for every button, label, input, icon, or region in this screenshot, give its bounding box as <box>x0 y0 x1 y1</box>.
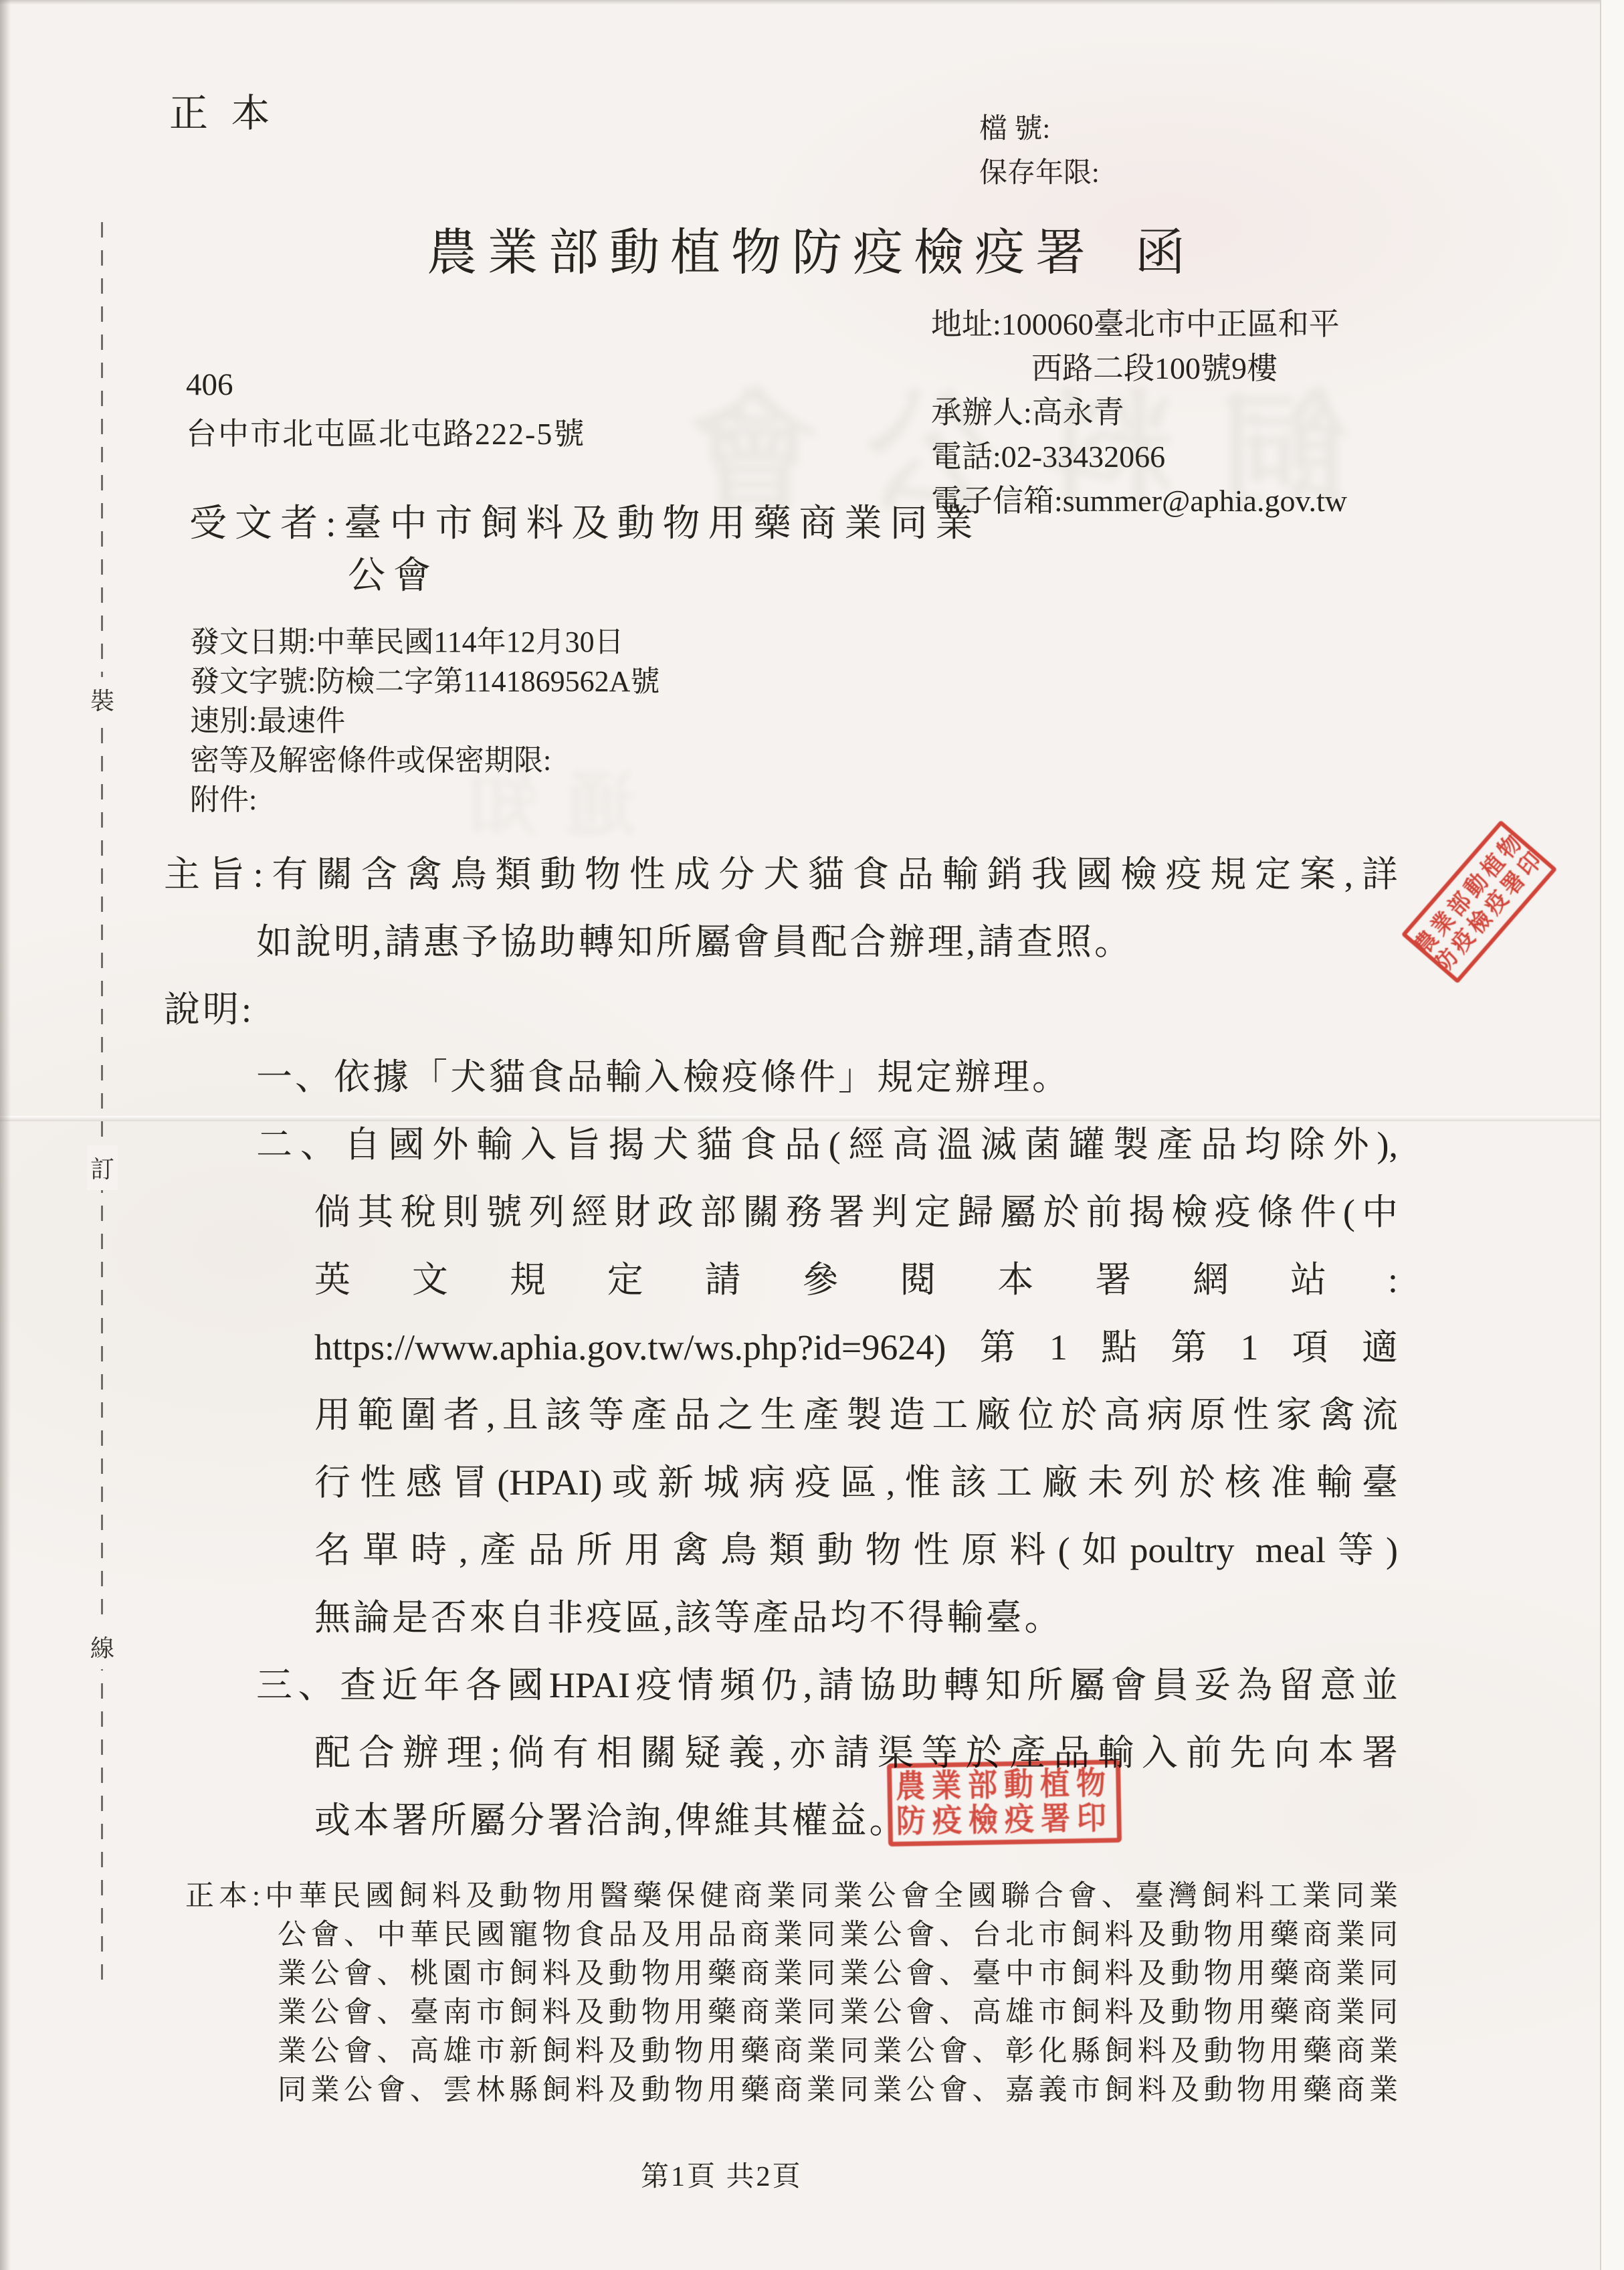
scan-edge-right-strip <box>1600 0 1624 2270</box>
cc-line: 公會、中華民國寵物食品及用品商業同業公會、台北市飼料及動物用藥商業同 <box>278 1916 1398 1955</box>
document-meta-block: 發文日期:中華民國114年12月30日發文字號:防檢二字第1141869562A… <box>190 622 659 820</box>
meta-line: 速別:最速件 <box>190 701 659 741</box>
agency-contact-line: 地址:100060臺北市中正區和平 <box>931 302 1347 347</box>
cc-line: 業公會、桃園市飼料及動物用藥商業同業公會、臺中市飼料及動物用藥商業同 <box>278 1955 1398 1994</box>
official-seal-corner-stamp: 農業部動植物防疫檢疫署印 <box>1401 820 1557 984</box>
body-text-line: 二、自國外輸入旨揭犬貓食品(經高溫滅菌罐製產品均除外), <box>256 1111 1398 1179</box>
binding-mark-xian: 線 <box>87 1624 118 1669</box>
cc-line: 業公會、臺南市飼料及動物用藥商業同業公會、高雄市飼料及動物用藥商業同 <box>278 1994 1398 2032</box>
cc-line: 正本:中華民國飼料及動物用醫藥保健商業同業公會全國聯合會、臺灣飼料工業同業 <box>185 1877 1398 1916</box>
cc-line: 業公會、高雄市新飼料及動物用藥商業同業公會、彰化縣飼料及動物用藥商業 <box>278 2032 1398 2071</box>
meta-line: 發文日期:中華民國114年12月30日 <box>190 622 659 662</box>
copy-type-label: 正 本 <box>169 82 277 138</box>
agency-contact-block: 地址:100060臺北市中正區和平西路二段100號9樓承辦人:高永青電話:02-… <box>931 302 1347 523</box>
body-text-line: 用範圍者,且該等產品之生產製造工廠位於高病原性家禽流 <box>314 1382 1398 1449</box>
meta-line: 附件: <box>190 780 659 820</box>
meta-line: 發文字號:防檢二字第1141869562A號 <box>190 662 659 701</box>
body-text-line: 名單時,產品所用禽鳥類動物性原料(如poultry meal等) <box>314 1517 1398 1584</box>
recipient-street-address: 台中市北屯區北屯路222-5號 <box>186 409 585 454</box>
agency-contact-line: 承辦人:高永青 <box>931 391 1347 435</box>
scanned-official-letter-page: 飼料公會 通知 裝 訂 線 正 本 檔 號:保存年限: 農業部動植物防疫檢疫署函… <box>0 0 1624 2270</box>
body-text-line: 倘其稅則號列經財政部關務署判定歸屬於前揭檢疫條件(中 <box>314 1179 1398 1246</box>
file-number-line: 保存年限: <box>979 151 1100 195</box>
subject-body-block: 主旨:有關含禽鳥類動物性成分犬貓食品輸銷我國檢疫規定案,詳如說明,請惠予協助轉知… <box>164 841 1398 1855</box>
seal-text-row: 防疫檢疫署印 <box>896 1800 1113 1841</box>
binding-mark-zhuang: 裝 <box>87 677 118 722</box>
cc-line: 同業公會、雲林縣飼料及動物用藥商業同業公會、嘉義市飼料及動物用藥商業 <box>278 2071 1398 2110</box>
agency-contact-line: 電話:02-33432066 <box>931 435 1347 479</box>
cc-recipients-block: 正本:中華民國飼料及動物用醫藥保健商業同業公會全國聯合會、臺灣飼料工業同業公會、… <box>185 1877 1398 2110</box>
body-text-line: 配合辦理;倘有相關疑義,亦請渠等於產品輸入前先向本署 <box>314 1719 1398 1787</box>
issuing-agency-name: 農業部動植物防疫檢疫署 <box>427 225 1096 281</box>
page-number-footer: 第1頁 共2頁 <box>641 2154 803 2194</box>
recipient-line-continuation: 公會 <box>348 546 439 599</box>
body-text-line: https://www.aphia.gov.tw/ws.php?id=9624)… <box>314 1314 1398 1382</box>
file-number-block: 檔 號:保存年限: <box>979 107 1100 195</box>
body-text-line: 說明: <box>164 976 1398 1044</box>
recipient-postal-code: 406 <box>186 367 233 403</box>
meta-line: 密等及解密條件或保密期限: <box>190 741 659 780</box>
body-text-line: 或本署所屬分署洽詢,俾維其權益。 <box>314 1787 1398 1855</box>
body-text-line: 三、查近年各國HPAI疫情頻仍,請協助轉知所屬會員妥為留意並 <box>256 1652 1398 1719</box>
scan-edge-top-shadow <box>0 0 1624 5</box>
body-text-line: 主旨:有關含禽鳥類動物性成分犬貓食品輸銷我國檢疫規定案,詳 <box>164 841 1398 909</box>
body-text-line: 無論是否來自非疫區,該等產品均不得輸臺。 <box>314 1584 1398 1652</box>
body-text-line: 如說明,請惠予協助轉知所屬會員配合辦理,請查照。 <box>256 909 1398 976</box>
body-text-line: 一、依據「犬貓食品輸入檢疫條件」規定辦理。 <box>256 1044 1398 1111</box>
file-number-line: 檔 號: <box>979 107 1100 151</box>
binding-dash-line <box>101 222 103 1980</box>
recipient-line: 受文者:臺中市飼料及動物用藥商業同業 <box>189 494 981 547</box>
document-title: 農業部動植物防疫檢疫署函 <box>427 213 1185 284</box>
body-text-line: 行性感冒(HPAI)或新城病疫區,惟該工廠未列於核准輸臺 <box>314 1449 1398 1517</box>
fold-crease <box>0 1116 1604 1121</box>
scan-edge-left-shadow <box>0 0 11 2270</box>
official-seal-stamp: 農業部動植物防疫檢疫署印 <box>887 1760 1122 1847</box>
doc-type-label: 函 <box>1135 225 1185 281</box>
binding-mark-ding: 訂 <box>87 1145 118 1190</box>
body-text-line: 英文規定請參閱本署網站: <box>314 1246 1398 1314</box>
agency-contact-line: 西路二段100號9樓 <box>1031 347 1347 391</box>
agency-contact-line: 電子信箱:summer@aphia.gov.tw <box>931 479 1347 523</box>
